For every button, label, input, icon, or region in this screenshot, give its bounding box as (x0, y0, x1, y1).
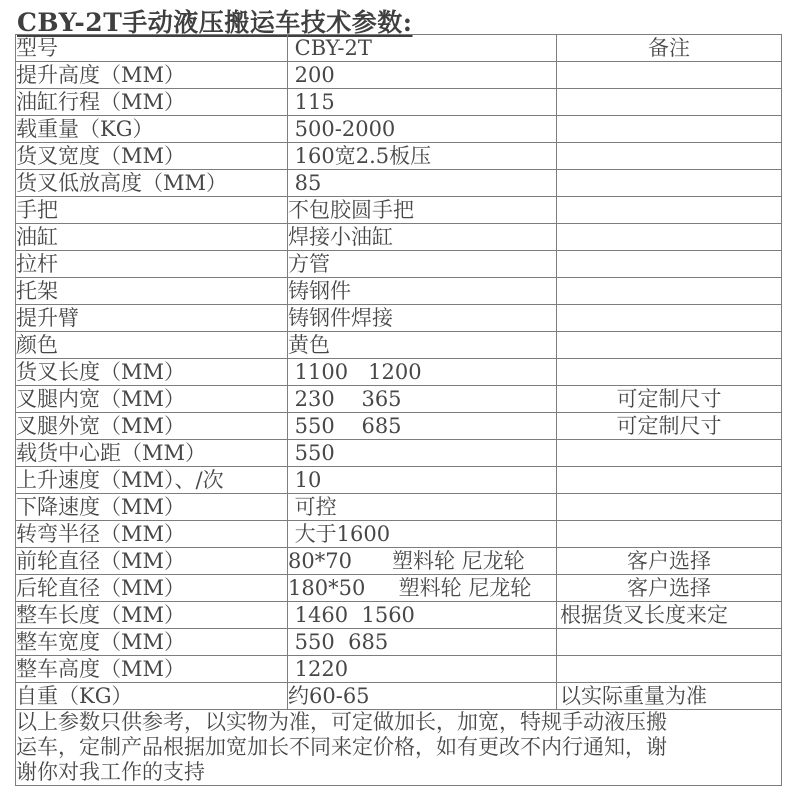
param-value: 可控 (288, 494, 557, 521)
footer-line: 运车，定制产品根据加宽加长不同来定价格，如有更改不内行通知，谢 (16, 735, 781, 760)
param-label: 手把 (16, 197, 288, 224)
param-value: 85 (288, 170, 557, 197)
param-remark (557, 467, 782, 494)
param-value: 550 685 (288, 413, 557, 440)
param-value: 黄色 (288, 332, 557, 359)
param-value: 1460 1560 (288, 602, 557, 629)
footer-note: 以上参数只供参考，以实物为准，可定做加长，加宽，特规手动液压搬运车，定制产品根据… (16, 710, 782, 786)
table-row: 整车宽度（MM） 550 685 (16, 629, 782, 656)
param-remark: 可定制尺寸 (557, 386, 782, 413)
param-remark (557, 440, 782, 467)
footer-line: 以上参数只供参考，以实物为准，可定做加长，加宽，特规手动液压搬 (16, 710, 781, 735)
param-remark (557, 278, 782, 305)
param-label: 托架 (16, 278, 288, 305)
param-label: 前轮直径（MM） (16, 548, 288, 575)
param-value: 不包胶圆手把 (288, 197, 557, 224)
param-value: 约60-65 (288, 683, 557, 710)
table-row: 上升速度（MM）、/次 10 (16, 467, 782, 494)
table-row: 自重（KG）约60-65以实际重量为准 (16, 683, 782, 710)
table-row: 托架铸钢件 (16, 278, 782, 305)
param-remark (557, 629, 782, 656)
table-row: 后轮直径（MM）180*50 塑料轮 尼龙轮客户选择 (16, 575, 782, 602)
param-label: 上升速度（MM）、/次 (16, 467, 288, 494)
table-row: 叉腿内宽（MM） 230 365可定制尺寸 (16, 386, 782, 413)
param-value: 115 (288, 89, 557, 116)
table-row: 油缸行程（MM） 115 (16, 89, 782, 116)
param-label: 叉腿内宽（MM） (16, 386, 288, 413)
table-row: 载货中心距（MM） 550 (16, 440, 782, 467)
param-value: 230 365 (288, 386, 557, 413)
param-remark: 客户选择 (557, 548, 782, 575)
param-remark (557, 62, 782, 89)
table-row: 手把不包胶圆手把 (16, 197, 782, 224)
param-remark (557, 143, 782, 170)
param-value: 550 685 (288, 629, 557, 656)
table-row: 叉腿外宽（MM） 550 685可定制尺寸 (16, 413, 782, 440)
param-remark (557, 521, 782, 548)
footer-line: 谢你对我工作的支持 (16, 760, 781, 785)
param-label: 货叉宽度（MM） (16, 143, 288, 170)
table-row: 颜色黄色 (16, 332, 782, 359)
table-row: 整车高度（MM） 1220 (16, 656, 782, 683)
param-remark (557, 170, 782, 197)
param-label: 自重（KG） (16, 683, 288, 710)
param-remark (557, 494, 782, 521)
param-value: 500-2000 (288, 116, 557, 143)
param-value: 1220 (288, 656, 557, 683)
param-value: 180*50 塑料轮 尼龙轮 (288, 575, 557, 602)
table-body: 提升高度（MM） 200油缸行程（MM） 115载重量（KG） 500-2000… (16, 62, 782, 710)
param-value: 1100 1200 (288, 359, 557, 386)
param-remark: 客户选择 (557, 575, 782, 602)
param-label: 整车长度（MM） (16, 602, 288, 629)
param-remark (557, 116, 782, 143)
table-row: 转弯半径（MM） 大于1600 (16, 521, 782, 548)
param-label: 拉杆 (16, 251, 288, 278)
param-label: 油缸 (16, 224, 288, 251)
table-row: 货叉长度（MM） 1100 1200 (16, 359, 782, 386)
param-label: 整车宽度（MM） (16, 629, 288, 656)
param-label: 叉腿外宽（MM） (16, 413, 288, 440)
param-label: 整车高度（MM） (16, 656, 288, 683)
param-label: 货叉低放高度（MM） (16, 170, 288, 197)
param-remark (557, 305, 782, 332)
param-value: 550 (288, 440, 557, 467)
table-row: 油缸焊接小油缸 (16, 224, 782, 251)
param-label: 油缸行程（MM） (16, 89, 288, 116)
param-label: 货叉长度（MM） (16, 359, 288, 386)
parameters-table: 型号 CBY-2T 备注 提升高度（MM） 200油缸行程（MM） 115载重量… (15, 34, 782, 786)
param-value: 200 (288, 62, 557, 89)
param-value: 方管 (288, 251, 557, 278)
param-label: 提升臂 (16, 305, 288, 332)
table-row: 货叉低放高度（MM） 85 (16, 170, 782, 197)
table-row: 载重量（KG） 500-2000 (16, 116, 782, 143)
spec-sheet-page: CBY-2T手动液压搬运车技术参数: 型号 CBY-2T 备注 提升高度（MM）… (0, 0, 800, 800)
param-label: 下降速度（MM） (16, 494, 288, 521)
footer-row: 以上参数只供参考，以实物为准，可定做加长，加宽，特规手动液压搬运车，定制产品根据… (16, 710, 782, 786)
header-model: 型号 (16, 35, 288, 62)
param-label: 载货中心距（MM） (16, 440, 288, 467)
param-label: 颜色 (16, 332, 288, 359)
table-row: 下降速度（MM） 可控 (16, 494, 782, 521)
table-row: 货叉宽度（MM） 160宽2.5板压 (16, 143, 782, 170)
param-label: 载重量（KG） (16, 116, 288, 143)
table-row: 整车长度（MM） 1460 1560根据货叉长度来定 (16, 602, 782, 629)
param-remark: 以实际重量为准 (557, 683, 782, 710)
param-value: 大于1600 (288, 521, 557, 548)
param-remark (557, 359, 782, 386)
table-row: 提升臂铸钢件焊接 (16, 305, 782, 332)
param-label: 提升高度（MM） (16, 62, 288, 89)
param-value: 10 (288, 467, 557, 494)
table-row: 前轮直径（MM）80*70 塑料轮 尼龙轮客户选择 (16, 548, 782, 575)
param-remark (557, 224, 782, 251)
param-remark: 可定制尺寸 (557, 413, 782, 440)
param-remark (557, 89, 782, 116)
param-value: 焊接小油缸 (288, 224, 557, 251)
param-remark: 根据货叉长度来定 (557, 602, 782, 629)
param-label: 后轮直径（MM） (16, 575, 288, 602)
table-row: 拉杆方管 (16, 251, 782, 278)
param-value: 80*70 塑料轮 尼龙轮 (288, 548, 557, 575)
param-remark (557, 251, 782, 278)
table-row: 提升高度（MM） 200 (16, 62, 782, 89)
param-remark (557, 656, 782, 683)
param-remark (557, 197, 782, 224)
param-value: 160宽2.5板压 (288, 143, 557, 170)
param-value: 铸钢件 (288, 278, 557, 305)
header-row: 型号 CBY-2T 备注 (16, 35, 782, 62)
param-value: 铸钢件焊接 (288, 305, 557, 332)
param-label: 转弯半径（MM） (16, 521, 288, 548)
header-value: CBY-2T (288, 35, 557, 62)
param-remark (557, 332, 782, 359)
header-remark: 备注 (557, 35, 782, 62)
